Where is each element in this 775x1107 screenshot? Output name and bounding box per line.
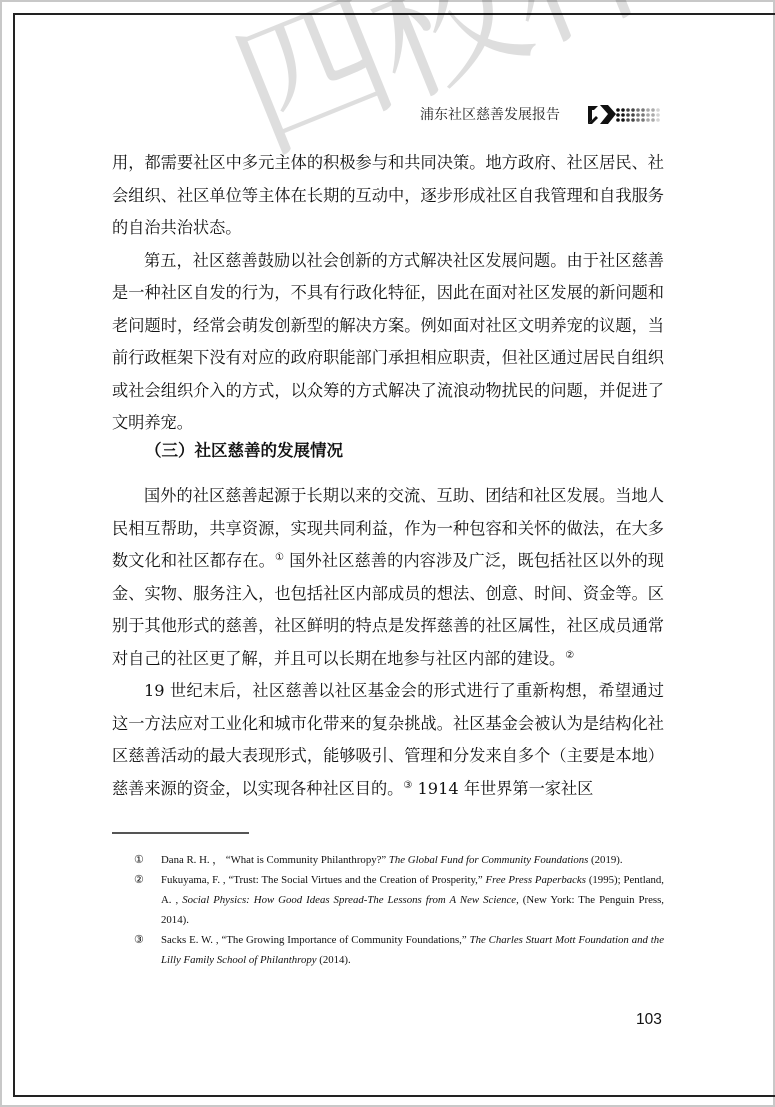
footnote-ref-1[interactable]: ①	[275, 552, 284, 563]
footnote-separator	[112, 832, 249, 834]
arrow-dots-logo-icon	[586, 100, 666, 130]
footnotes: ① Dana R. H. ， “What is Community Philan…	[134, 850, 664, 970]
paragraph-continuation: 用，都需要社区中多元主体的积极参与和共同决策。地方政府、社区居民、社会组织、社区…	[112, 147, 664, 245]
body-section-1: 用，都需要社区中多元主体的积极参与和共同决策。地方政府、社区居民、社会组织、社区…	[112, 147, 664, 440]
footnote-ref-3[interactable]: ③	[403, 780, 412, 791]
paragraph-community-foundations: 19 世纪末后，社区慈善以社区基金会的形式进行了重新构想，希望通过这一方法应对工…	[112, 675, 664, 805]
footnote-ref-2[interactable]: ②	[565, 650, 574, 661]
paragraph-overseas-origin: 国外的社区慈善起源于长期以来的交流、互助、团结和社区发展。当地人民相互帮助，共享…	[112, 480, 664, 675]
body-section-2: 国外的社区慈善起源于长期以来的交流、互助、团结和社区发展。当地人民相互帮助，共享…	[112, 480, 664, 805]
running-header: 浦东社区慈善发展报告	[420, 104, 560, 124]
page-clip: 四校样 浦东社区慈善发展报告 用，都需要社区中多元主体的积极参与和共同决策。地方…	[0, 0, 775, 1107]
footnote-2: ② Fukuyama, F. , “Trust: The Social Virt…	[134, 870, 664, 930]
footnote-3: ③ Sacks E. W. , “The Growing Importance …	[134, 930, 664, 970]
page-number: 103	[636, 1011, 662, 1029]
paragraph-fifth-point: 第五，社区慈善鼓励以社会创新的方式解决社区发展问题。由于社区慈善是一种社区自发的…	[112, 245, 664, 440]
footnote-1: ① Dana R. H. ， “What is Community Philan…	[134, 850, 664, 870]
section-heading: （三）社区慈善的发展情况	[145, 437, 343, 461]
